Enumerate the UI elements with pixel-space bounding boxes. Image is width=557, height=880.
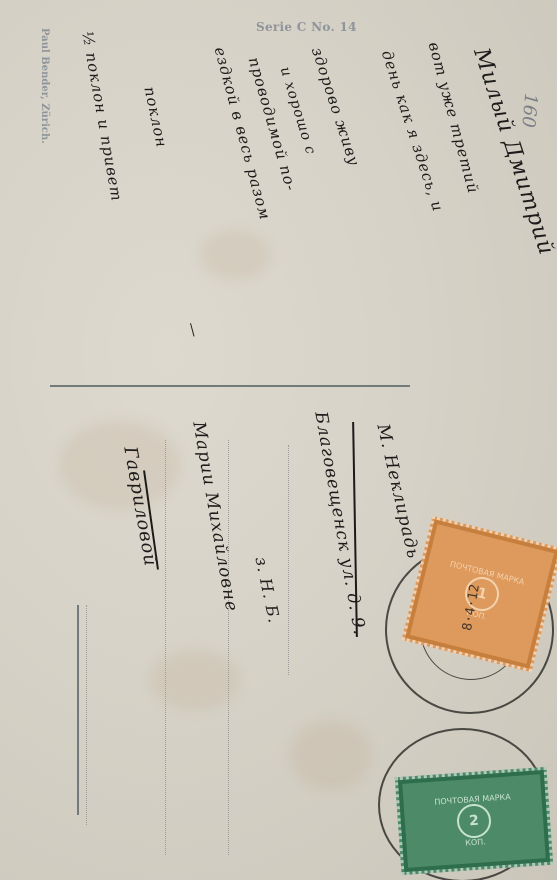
postage-divider bbox=[77, 605, 79, 815]
series-label: Serie C No. 14 bbox=[256, 20, 357, 34]
stamp-unit: КОП. bbox=[465, 837, 486, 847]
message-line: ½ поклон и привет bbox=[78, 30, 126, 203]
address-line-3: з. Н. Б. bbox=[251, 555, 284, 625]
address-line-4: Марии Михайловне bbox=[188, 420, 241, 614]
eagle-emblem-icon: 2 bbox=[456, 803, 492, 839]
address-dotline bbox=[288, 445, 289, 675]
address-dotline bbox=[165, 440, 166, 855]
stamp-2-kopeck: ПОЧТОВАЯ МАРКА 2 КОП. bbox=[395, 767, 553, 875]
postcard-back: Serie C No. 14 Paul Bender, Zürich. 160 … bbox=[0, 0, 557, 880]
catalog-number: 160 bbox=[517, 92, 541, 128]
age-stain bbox=[290, 720, 370, 790]
message-line: поклон bbox=[140, 85, 171, 150]
message-address-divider bbox=[50, 385, 410, 387]
address-line-2: Благовещенск ул. д. 9. bbox=[310, 410, 369, 637]
age-stain bbox=[200, 230, 270, 280]
stamp-denomination: 2 bbox=[469, 813, 480, 830]
address-dotline bbox=[228, 440, 229, 855]
message-line: — bbox=[183, 320, 205, 340]
message-line: Милый Дмитрий bbox=[468, 45, 557, 259]
publisher-label: Paul Bender, Zürich. bbox=[39, 28, 50, 144]
address-line-1: М. Неклирадь bbox=[373, 422, 424, 561]
age-stain bbox=[60, 420, 180, 510]
address-dotline bbox=[86, 605, 87, 825]
age-stain bbox=[150, 650, 240, 710]
